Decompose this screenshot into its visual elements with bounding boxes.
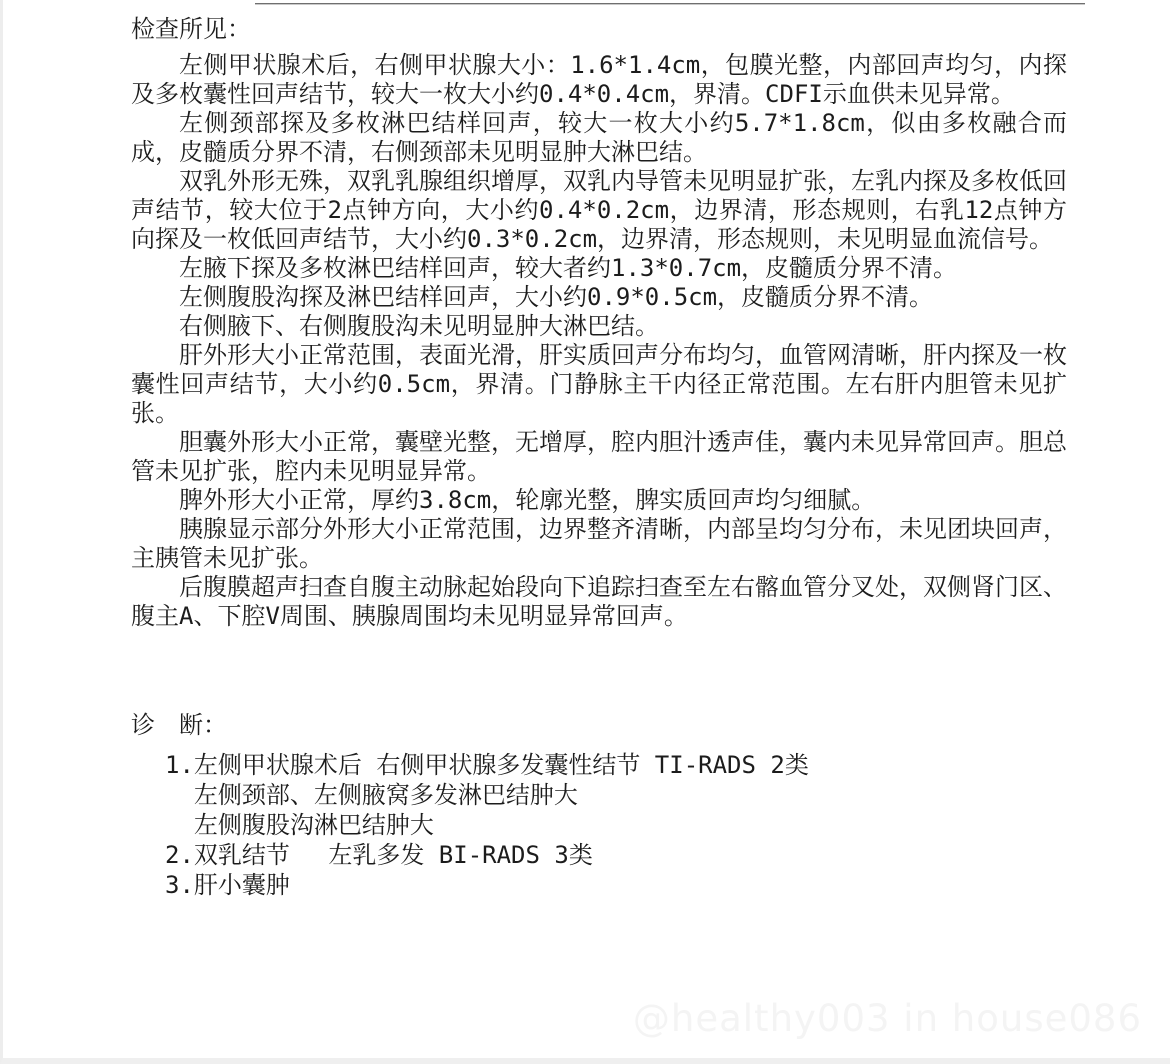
diagnosis-list: 1. 左侧甲状腺术后 右侧甲状腺多发囊性结节 TI-RADS 2类左侧颈部、左侧… — [131, 750, 1067, 900]
diagnosis-item-number: 3. — [165, 870, 194, 900]
findings-paragraph: 双乳外形无殊，双乳乳腺组织增厚，双乳内导管未见明显扩张，左乳内探及多枚低回声结节… — [131, 167, 1067, 254]
findings-paragraph: 右侧腋下、右侧腹股沟未见明显肿大淋巴结。 — [131, 312, 1067, 341]
findings-paragraph: 胆囊外形大小正常，囊壁光整，无增厚，腔内胆汁透声佳，囊内未见异常回声。胆总管未见… — [131, 428, 1067, 486]
findings-paragraph: 左侧甲状腺术后，右侧甲状腺大小：1.6*1.4cm，包膜光整，内部回声均匀，内探… — [131, 51, 1067, 109]
diagnosis-item-lines: 双乳结节 左乳多发 BI-RADS 3类 — [194, 840, 1067, 870]
findings-paragraph: 胰腺显示部分外形大小正常范围，边界整齐清晰，内部呈均匀分布，未见团块回声，主胰管… — [131, 515, 1067, 573]
diagnosis-line: 左侧甲状腺术后 右侧甲状腺多发囊性结节 TI-RADS 2类 — [194, 750, 1067, 780]
diagnosis-line: 双乳结节 左乳多发 BI-RADS 3类 — [194, 840, 1067, 870]
findings-paragraph: 左侧颈部探及多枚淋巴结样回声，较大一枚大小约5.7*1.8cm，似由多枚融合而成… — [131, 109, 1067, 167]
diagnosis-item: 2. 双乳结节 左乳多发 BI-RADS 3类 — [165, 840, 1067, 870]
diagnosis-item-lines: 肝小囊肿 — [194, 870, 1067, 900]
findings-paragraph: 肝外形大小正常范围，表面光滑，肝实质回声分布均匀，血管网清晰，肝内探及一枚囊性回… — [131, 341, 1067, 428]
top-divider-line — [255, 3, 1085, 5]
diagnosis-item: 3. 肝小囊肿 — [165, 870, 1067, 900]
diagnosis-heading: 诊 断： — [131, 711, 1067, 740]
diagnosis-line: 左侧腹股沟淋巴结肿大 — [194, 810, 1067, 840]
diagnosis-item-lines: 左侧甲状腺术后 右侧甲状腺多发囊性结节 TI-RADS 2类左侧颈部、左侧腋窝多… — [194, 750, 1067, 840]
diagnosis-item: 1. 左侧甲状腺术后 右侧甲状腺多发囊性结节 TI-RADS 2类左侧颈部、左侧… — [165, 750, 1067, 840]
findings-paragraph: 左腋下探及多枚淋巴结样回声，较大者约1.3*0.7cm，皮髓质分界不清。 — [131, 254, 1067, 283]
findings-paragraph: 后腹膜超声扫查自腹主动脉起始段向下追踪扫查至左右髂血管分叉处，双侧肾门区、腹主A… — [131, 573, 1067, 631]
findings-paragraph: 脾外形大小正常，厚约3.8cm，轮廓光整，脾实质回声均匀细腻。 — [131, 486, 1067, 515]
findings-paragraph: 左侧腹股沟探及淋巴结样回声，大小约0.9*0.5cm，皮髓质分界不清。 — [131, 283, 1067, 312]
findings-heading: 检查所见： — [131, 15, 1067, 44]
watermark-text: @healthy003 in house086 — [633, 997, 1142, 1040]
diagnosis-line: 左侧颈部、左侧腋窝多发淋巴结肿大 — [194, 780, 1067, 810]
report-page: 检查所见： 左侧甲状腺术后，右侧甲状腺大小：1.6*1.4cm，包膜光整，内部回… — [0, 0, 1170, 1064]
findings-section: 左侧甲状腺术后，右侧甲状腺大小：1.6*1.4cm，包膜光整，内部回声均匀，内探… — [131, 51, 1067, 631]
report-content: 检查所见： 左侧甲状腺术后，右侧甲状腺大小：1.6*1.4cm，包膜光整，内部回… — [131, 15, 1067, 900]
diagnosis-line: 肝小囊肿 — [194, 870, 1067, 900]
diagnosis-item-number: 1. — [165, 750, 194, 780]
diagnosis-item-number: 2. — [165, 840, 194, 870]
